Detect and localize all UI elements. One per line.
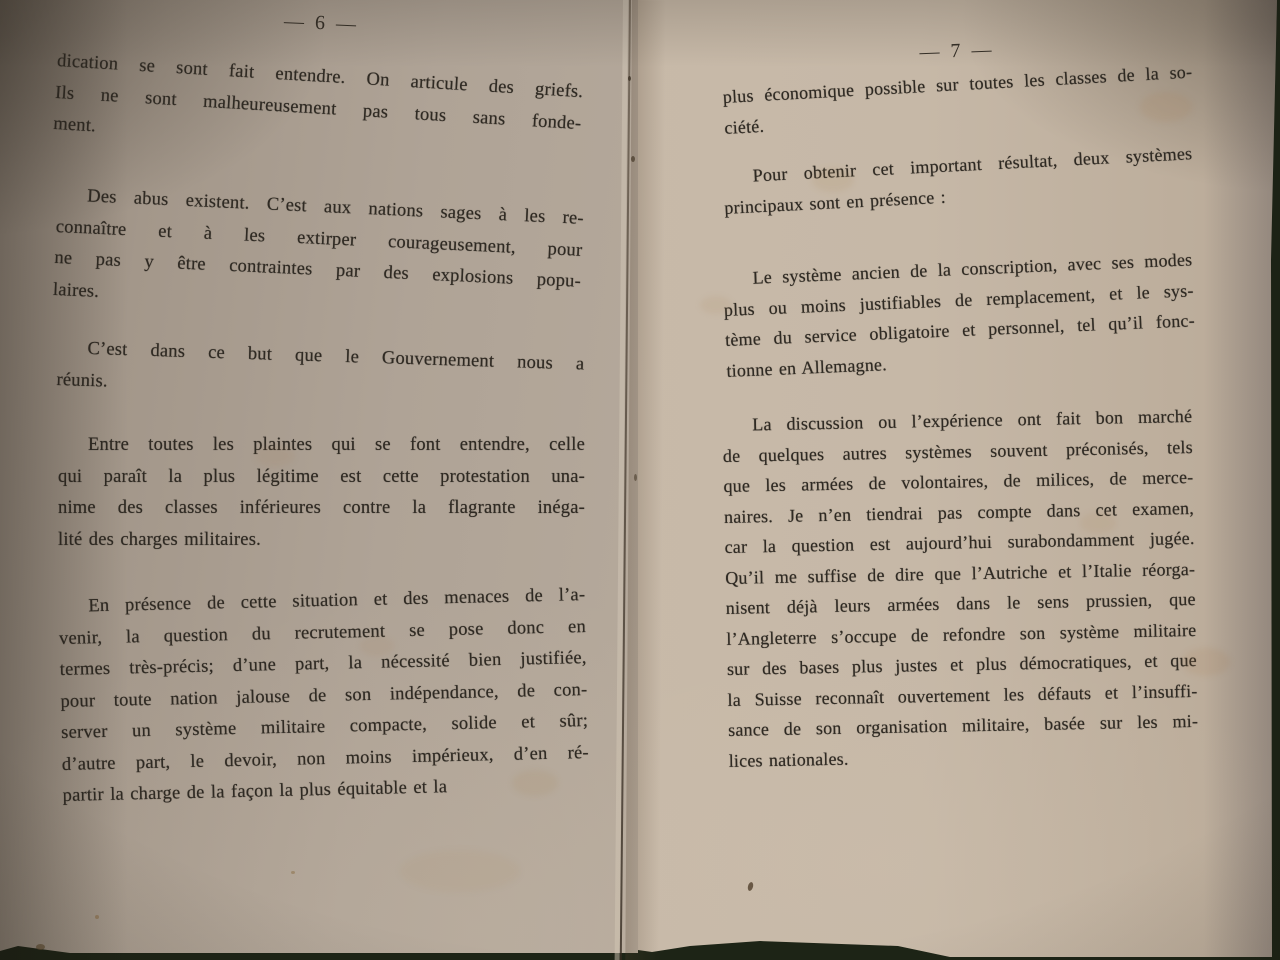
paragraph: Des abus existent. C’est aux nations sag… — [52, 180, 584, 330]
paragraph: Entre toutes les plaintes qui se font en… — [58, 430, 585, 556]
paragraph: Le système ancien de la conscription, av… — [722, 244, 1197, 386]
paragraph: La discussion ou l’expérience ont fait b… — [722, 401, 1199, 776]
paragraph: En présence de cette situation et des me… — [58, 580, 590, 812]
open-book-photo: — 6 — dication se sont fait entendre. On… — [0, 0, 1280, 960]
text-line: Entre toutes les plaintes qui se font en… — [58, 430, 585, 462]
text-line: nime des classes inférieures contre la f… — [58, 493, 585, 525]
gutter-shadow — [625, 0, 666, 960]
text-line: qui paraît la plus légitime est cette pr… — [58, 462, 585, 494]
text-line: lité des charges militaires. — [58, 525, 585, 557]
